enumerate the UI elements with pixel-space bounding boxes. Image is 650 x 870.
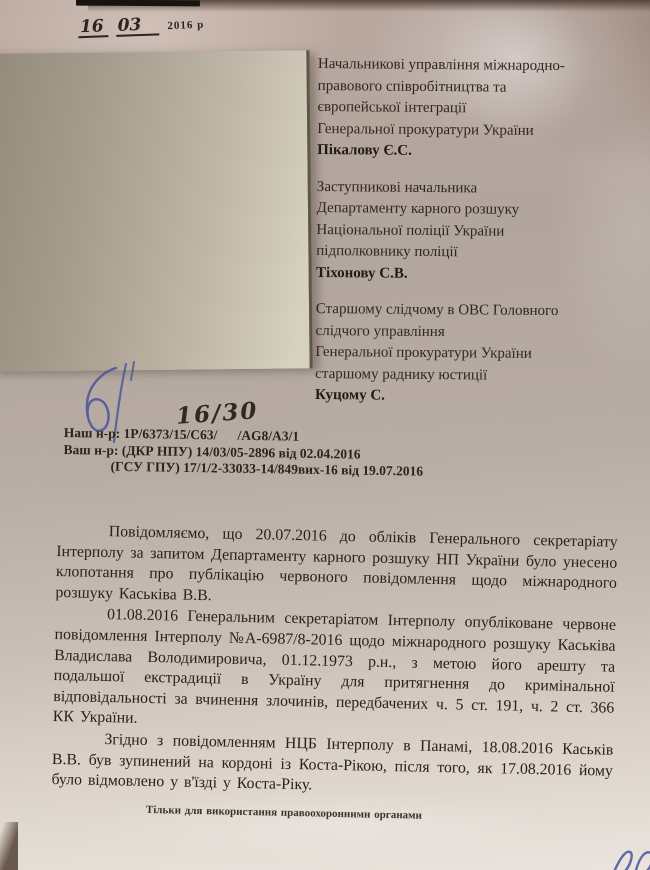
stamp-day: 16 <box>78 17 108 38</box>
addressee-line: слідчого управління <box>315 320 601 344</box>
addressee-block: Старшому слідчому в ОВС Головного слідчо… <box>315 299 602 409</box>
black-stamp-edge <box>76 0 200 6</box>
handwritten-stamp-date: 16032016 р <box>78 14 205 38</box>
addressee-line: Начальникові управління міжнародно- <box>318 54 604 78</box>
addressee-name: Пікалову Є.С. <box>317 140 603 164</box>
paragraph-3: Згідно з повідомленням НЦБ Інтерполу в П… <box>51 729 613 803</box>
addressee-block: Начальникові управління міжнародно- прав… <box>317 54 604 164</box>
addressee-line: Генеральної прокуратури України <box>317 118 603 142</box>
handwritten-number: 16/30 <box>175 397 259 430</box>
addressee-line: підполковнику поліції <box>316 241 602 265</box>
paragraph-1: Повідомляємо, що 20.07.2016 до обліків Г… <box>55 521 618 615</box>
addressee-line: європейської інтеграції <box>317 97 603 121</box>
addressee-line: Старшому слідчому в ОВС Головного <box>316 299 602 323</box>
letter-body: Повідомляємо, що 20.07.2016 до обліків Г… <box>51 521 618 830</box>
stamp-year: 2016 р <box>167 19 204 32</box>
document-photo: 16032016 р Начальникові управління міжна… <box>0 0 650 870</box>
addressee-line: старшому раднику юстиції <box>315 363 601 387</box>
addressee-line: Департаменту карного розшуку <box>317 198 603 222</box>
paragraph-2: 01.08.2016 Генеральним секретаріатом Інт… <box>53 604 616 739</box>
addressee-block: Заступникові начальника Департаменту кар… <box>316 176 603 286</box>
addressee-name: Куцому С. <box>315 385 601 409</box>
addressee-line: правового співробітництва та <box>318 75 604 99</box>
addressee-line: Генеральної прокуратури України <box>315 342 601 366</box>
handwritten-corner-mark-icon <box>610 842 650 870</box>
photo-corner-background <box>0 822 18 870</box>
addressee-line: Заступникові начальника <box>317 176 603 200</box>
stamp-month: 03 <box>115 15 159 37</box>
reference-block: Наш н-р: 1Р/6373/15/С63/ /AG8/А3/1 Ваш н… <box>63 425 424 480</box>
cover-note-sheet <box>0 50 313 371</box>
addressee-line: Національної поліції України <box>316 219 602 243</box>
addressee-name: Тіхонову С.В. <box>316 262 602 286</box>
addressee-list: Начальникові управління міжнародно- прав… <box>315 54 604 424</box>
